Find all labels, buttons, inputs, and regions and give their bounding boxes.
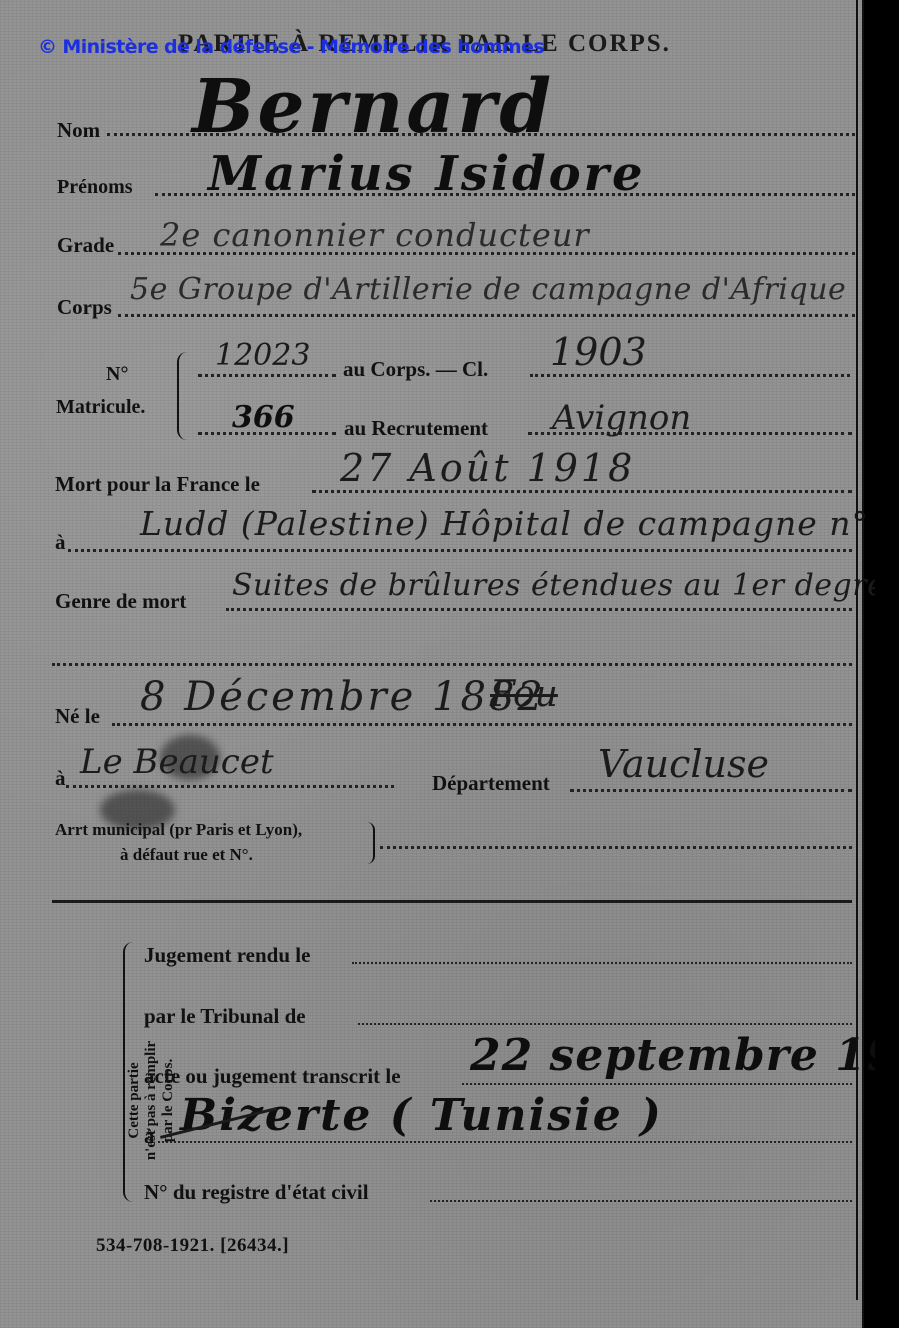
matricule-label: Matricule.: [56, 396, 145, 419]
classe-value: 1903: [550, 330, 647, 374]
genre-mort-label: Genre de mort: [55, 589, 186, 614]
jugement-line: [352, 962, 852, 964]
extra-line: [52, 663, 852, 666]
corps-label: Corps: [57, 295, 112, 320]
classe-line: [530, 374, 850, 377]
jugement-label: Jugement rendu le: [144, 943, 310, 968]
matricule-brace: [177, 352, 187, 440]
recrutement-place-value: Avignon: [552, 398, 691, 438]
grade-value: 2e canonnier conducteur: [160, 216, 590, 254]
recrutement-label: au Recrutement: [344, 416, 488, 441]
lieu-naissance-line: [66, 785, 394, 788]
lieu-mort-line: [68, 549, 852, 552]
card-border-outer: [862, 0, 864, 1328]
naissance-value: 8 Décembre 1882: [140, 674, 546, 720]
tribunal-line: [358, 1023, 852, 1025]
matricule-recrutement-value: 366: [232, 400, 295, 435]
registre-line: [430, 1200, 852, 1202]
naissance-label: Né le: [55, 704, 100, 729]
print-reference: 534-708-1921. [26434.]: [96, 1235, 289, 1257]
card-border-inner: [856, 0, 858, 1300]
corps-value: 5e Groupe d'Artillerie de campagne d'Afr…: [130, 272, 846, 307]
matricule-corps-label: au Corps. — Cl.: [343, 357, 488, 382]
matricule-corps-value: 12023: [215, 338, 310, 373]
corps-line: [118, 314, 855, 317]
civil-section-brace: [123, 942, 133, 1202]
prenoms-value: Marius Isidore: [208, 146, 646, 202]
lieu-naissance-label: à: [55, 766, 66, 791]
ink-stain: [160, 735, 220, 780]
mort-label: Mort pour la France le: [55, 472, 260, 497]
arrondissement-line: [380, 846, 852, 849]
matricule-corps-line: [198, 374, 336, 377]
naissance-line: [112, 723, 852, 726]
registre-label: N° du registre d'état civil: [144, 1180, 369, 1205]
matricule-label-no: N°: [106, 363, 128, 386]
lieu-transcription-label: à: [144, 1124, 155, 1149]
death-record-card: PARTIE À REMPLIR PAR LE CORPS. © Ministè…: [0, 0, 862, 1328]
tribunal-label: par le Tribunal de: [144, 1004, 306, 1029]
transcrit-line: [462, 1083, 852, 1085]
transcrit-label: acte ou jugement transcrit le: [144, 1064, 401, 1089]
mort-value: 27 Août 1918: [340, 446, 635, 490]
prenoms-label: Prénoms: [57, 176, 133, 199]
lieu-mort-label: à: [55, 530, 66, 555]
transcrit-value: 22 septembre 1920: [470, 1030, 899, 1081]
departement-label: Département: [432, 771, 550, 796]
genre-mort-value: Suites de brûlures étendues au 1er degré: [232, 568, 885, 603]
genre-mort-line: [226, 608, 852, 611]
arrondissement-label-1: Arrt municipal (pr Paris et Lyon),: [55, 820, 302, 840]
scan-margin: [875, 0, 899, 1328]
departement-line: [570, 789, 852, 792]
departement-value: Vaucluse: [598, 742, 769, 786]
lieu-transcription-line: [158, 1141, 852, 1143]
nom-value: Bernard: [192, 64, 554, 150]
mort-line: [312, 490, 852, 493]
grade-label: Grade: [57, 233, 114, 258]
lieu-mort-value: Ludd (Palestine) Hôpital de campagne n° …: [140, 504, 899, 543]
arrondissement-label-2: à défaut rue et N°.: [120, 845, 253, 865]
naissance-struck-text: Fou: [490, 674, 558, 715]
arrondissement-brace: [367, 822, 375, 864]
section-divider: [52, 900, 852, 903]
copyright-watermark: © Ministère de la défense - Mémoire des …: [38, 36, 544, 58]
nom-label: Nom: [57, 118, 100, 143]
